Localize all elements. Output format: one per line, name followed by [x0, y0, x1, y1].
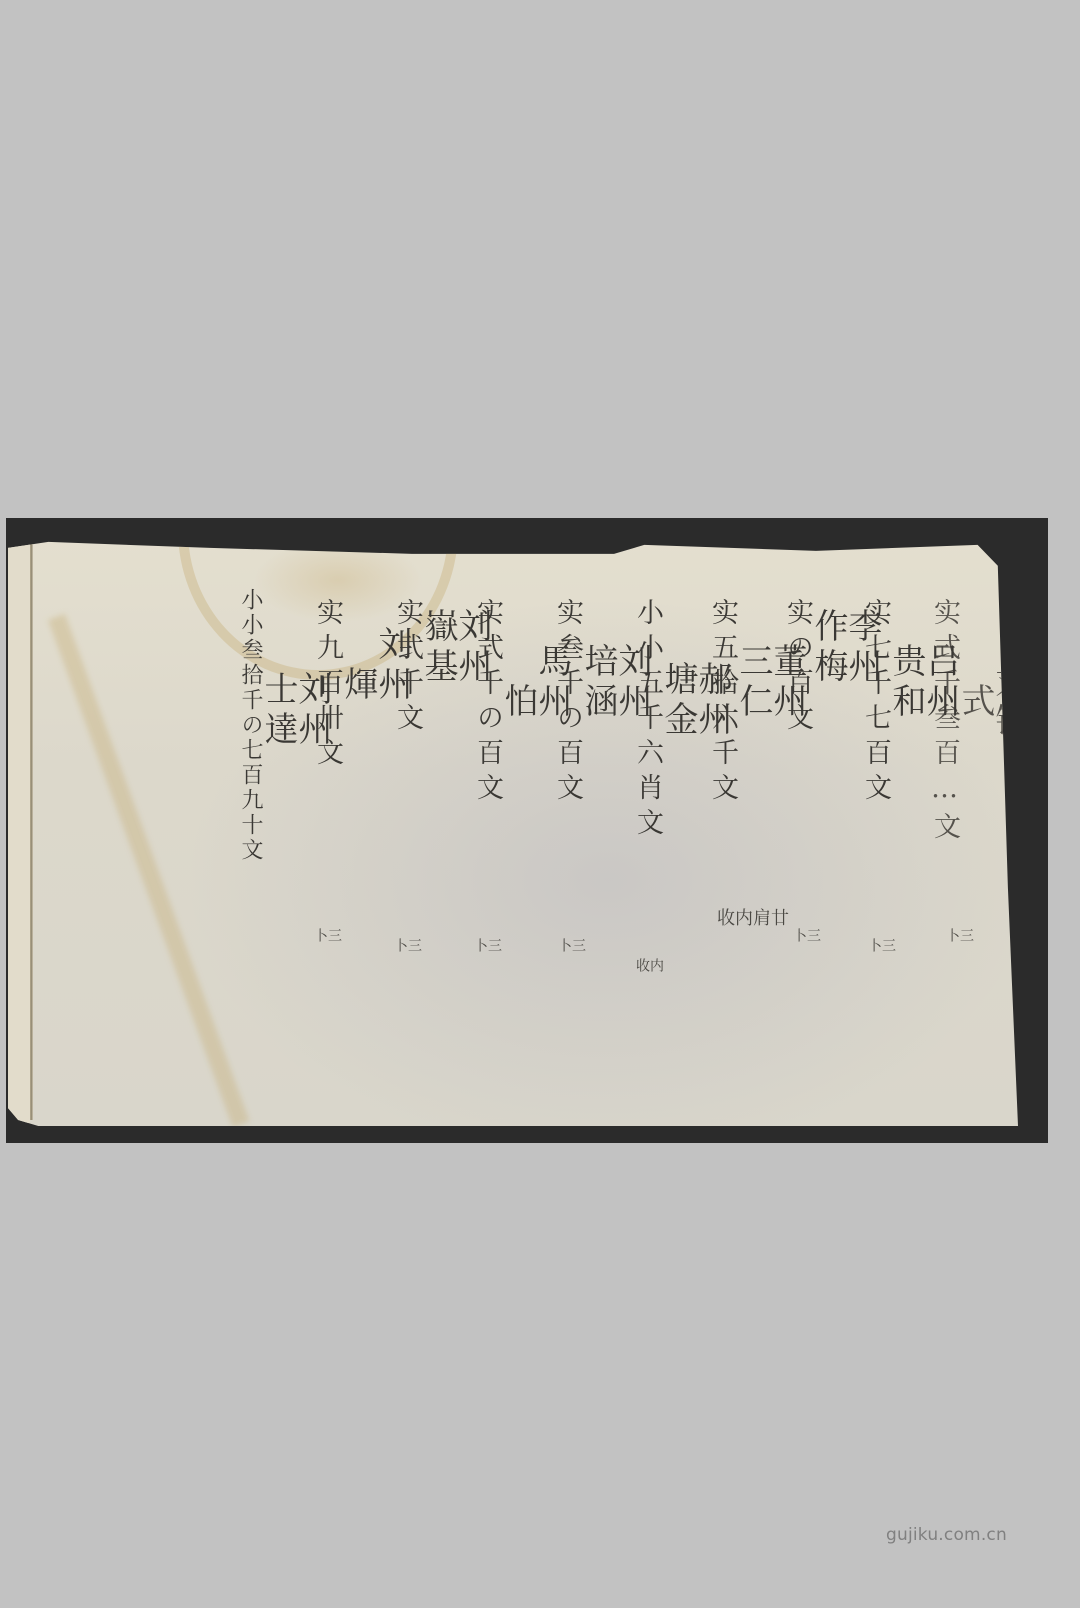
entry-note: 三卜	[393, 938, 421, 954]
ledger-entry: 董州 三仁 实五拾六千文 三卜	[748, 558, 804, 808]
page-fold-line	[30, 540, 33, 1120]
ledger-entry: 郝州 塘金 小小五千六肖文 廿肩 内收	[673, 558, 729, 843]
entry-note: 三卜	[313, 928, 341, 944]
entry-name: 刘州	[375, 626, 409, 706]
entry-name: 馬州	[535, 643, 569, 723]
entry-note: 廿肩 内收	[715, 908, 787, 928]
entry-note: 三卜	[557, 938, 585, 954]
entry-name: 刘州	[295, 671, 329, 751]
entry-name: 吕州	[923, 643, 957, 723]
entry-note: 三卜	[945, 928, 973, 944]
ledger-entry: 馬州 怕 实式千の百文 三卜	[513, 558, 569, 808]
ledger-entry: 刘州 嶽基 实弐千文 三卜	[433, 558, 489, 738]
entry-note: 内收	[635, 958, 663, 974]
entry-name: 刘镜	[992, 663, 1026, 743]
ledger-entry: 刘镜 式 实式千叁百…文	[970, 558, 1026, 847]
entry-amount: 小小叁拾千の七百九十文	[239, 588, 261, 863]
entry-given-name: 式	[958, 683, 992, 723]
ledger-entry: 刘州 培涵 实叁千の百文 内收	[593, 558, 649, 808]
left-binding-strip	[8, 538, 30, 1123]
paper-sheet: 刘镜 式 实式千叁百…文 吕州 贵和 实七千七百文 三卜 李州 作梅 实の百文 …	[8, 530, 1018, 1126]
entry-given-name: 作梅	[811, 608, 845, 688]
entry-given-name: 煇	[341, 666, 375, 706]
entry-name: 李州	[845, 608, 879, 688]
water-stain-edge	[48, 614, 250, 1128]
entry-given-name: 塘金	[661, 661, 695, 741]
ledger-entry: 吕州 贵和 实七千七百文 三卜	[901, 558, 957, 808]
entry-name: 郝州	[695, 661, 729, 741]
entry-note: 三卜	[473, 938, 501, 954]
entry-given-name: 嶽基	[421, 608, 455, 688]
entry-given-name: 怕	[501, 683, 535, 723]
entry-name: 刘州	[455, 608, 489, 688]
entry-given-name: 培涵	[581, 643, 615, 723]
entry-given-name: 贵和	[889, 643, 923, 723]
ledger-entry: 李州 作梅 实の百文 三卜	[823, 558, 879, 738]
ledger-entry: 刘州 煇 实九百卅文 三卜	[353, 558, 409, 773]
ledger-entry: 刘州 士達 小小叁拾千の七百九十文 三卜	[273, 558, 329, 863]
entry-given-name: 士達	[261, 671, 295, 751]
site-watermark: gujiku.com.cn	[886, 1525, 1007, 1545]
entry-given-name: 三仁	[736, 643, 770, 723]
entry-name: 董州	[770, 643, 804, 723]
manuscript-scan: 刘镜 式 实式千叁百…文 吕州 贵和 实七千七百文 三卜 李州 作梅 实の百文 …	[6, 518, 1048, 1143]
entry-note: 三卜	[792, 928, 820, 944]
entry-name: 刘州	[615, 643, 649, 723]
entry-note: 三卜	[867, 938, 895, 954]
